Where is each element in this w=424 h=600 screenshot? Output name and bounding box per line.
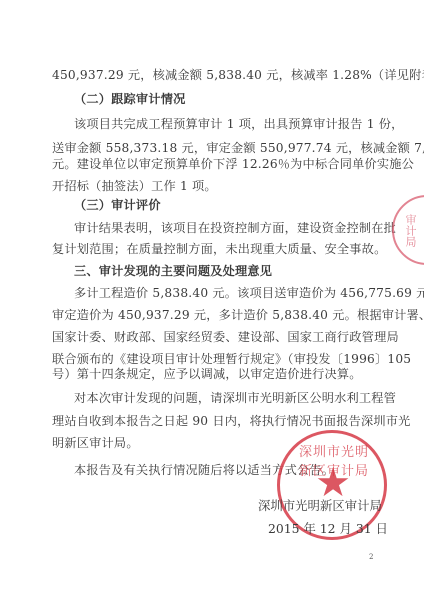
paragraph-line: 送审金额 558,373.18 元，审定金额 550,977.74 元，核减金额… [52, 140, 424, 156]
paragraph-line: 对本次审计发现的问题，请深圳市光明新区公明水利工程管 [74, 390, 396, 406]
section-heading-tracking-audit: （二）跟踪审计情况 [74, 91, 186, 107]
paragraph-line: 理站自收到本报告之日起 90 日内，将执行情况书面报告深圳市光 [52, 413, 411, 429]
paragraph-line: 审定造价为 450,937.29 元，多计造价 5,838.40 元。根据审计署… [52, 307, 424, 323]
paragraph-line: 多计工程造价 5,838.40 元。该项目送审造价为 456,775.69 元， [74, 285, 424, 301]
section-heading-main-issues: 三、审计发现的主要问题及处理意见 [74, 263, 272, 279]
paragraph-line: 审计结果表明，该项目在投资控制方面，建设资金控制在批 [74, 220, 396, 236]
signature-organization: 深圳市光明新区审计局 [258, 496, 382, 514]
partial-seal-text: 审计局 [402, 214, 418, 247]
paragraph-line: 元。建设单位以审定预算单价下浮 12.26％为中标合同单价实施公 [52, 156, 414, 172]
paragraph-line: 明新区审计局。 [52, 435, 139, 451]
paragraph-line: 复计划范围；在质量控制方面，未出现重大质量、安全事故。 [52, 241, 386, 257]
paragraph-line: 国家计委、财政部、国家经贸委、建设部、国家工商行政管理局 [52, 329, 399, 345]
signature-date: 2015 年 12 月 31 日 [268, 519, 388, 537]
paragraph-line: 联合颁布的《建设项目审计处理暂行规定》（审投发〔1996〕105 [52, 351, 411, 367]
paragraph-line: 450,937.29 元，核减金额 5,838.40 元，核减率 1.28%（详… [52, 67, 424, 83]
paragraph-line: 该项目共完成工程预算审计 1 项，出具预算审计报告 1 份， [74, 116, 404, 132]
section-heading-audit-evaluation: （三）审计评价 [74, 197, 161, 213]
page-number: 2 [369, 553, 373, 561]
paragraph-line: 开招标（抽签法）工作 1 项。 [52, 178, 217, 194]
paragraph-line: 号）第十四条规定，应予以调减，以审定造价进行决算。 [52, 366, 362, 382]
